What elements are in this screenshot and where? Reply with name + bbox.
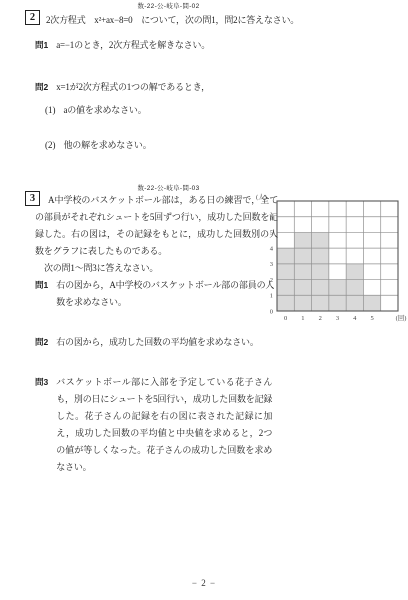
problem3-statement-text: A中学校のバスケットボール部は，ある日の練習で，全ての部員がそれぞれシュートを5… bbox=[35, 192, 278, 260]
problem3-statement-lead: 次の問1〜問3に答えなさい。 bbox=[35, 260, 278, 277]
question-label: 問2 bbox=[35, 79, 48, 96]
question-label: 問3 bbox=[35, 374, 48, 391]
problem2-question1: 問1 a=−1のとき，2次方程式を解きなさい。 bbox=[35, 37, 296, 54]
y-tick-label: 6 bbox=[270, 214, 274, 221]
problem3-question2: 問2 右の図から，成功した回数の平均値を求めなさい。 bbox=[35, 334, 306, 351]
y-axis-unit-label: (人) bbox=[256, 192, 267, 201]
x-tick-label: 5 bbox=[370, 315, 373, 322]
problem2-statement: 2次方程式 x²+ax−8=0 について，次の問1，問2に答えなさい。 bbox=[46, 13, 299, 26]
question-label: 問1 bbox=[35, 277, 48, 294]
x-tick-label: 0 bbox=[284, 315, 287, 322]
sub-question-text: aの値を求めなさい。 bbox=[64, 102, 294, 119]
question-text: 右の図から，成功した回数の平均値を求めなさい。 bbox=[56, 334, 306, 351]
y-tick-label: 2 bbox=[270, 277, 273, 284]
bar bbox=[294, 232, 311, 311]
x-axis-unit-label: (回) bbox=[396, 313, 407, 322]
question-label: 問2 bbox=[35, 334, 48, 351]
problem2-number-box: 2 bbox=[25, 10, 40, 25]
histogram-svg: (人)0123456012345(回) bbox=[254, 190, 408, 324]
y-tick-label: 3 bbox=[270, 261, 273, 268]
y-tick-label: 4 bbox=[270, 245, 274, 252]
problem2-question2: 問2 x=1が2次方程式の1つの解であるとき， bbox=[35, 79, 306, 96]
histogram-chart: (人)0123456012345(回) bbox=[254, 190, 408, 324]
sub-question-label: (2) bbox=[45, 137, 56, 154]
x-tick-label: 1 bbox=[301, 315, 304, 322]
page-number: − 2 − bbox=[0, 578, 408, 588]
sub-question-text: 他の解を求めなさい。 bbox=[64, 137, 294, 154]
bar bbox=[312, 232, 329, 311]
problem2-question2-sub1: (1) aの値を求めなさい。 bbox=[45, 102, 294, 119]
exam-page: 数-22-公-岐阜-問-02 2 2次方程式 x²+ax−8=0 について，次の… bbox=[0, 0, 408, 600]
x-tick-label: 2 bbox=[319, 315, 322, 322]
y-tick-label: 5 bbox=[270, 230, 273, 237]
problem2-question2-sub2: (2) 他の解を求めなさい。 bbox=[45, 137, 294, 154]
question-text: a=−1のとき，2次方程式を解きなさい。 bbox=[56, 37, 296, 54]
question-text: x=1が2次方程式の1つの解であるとき， bbox=[56, 79, 306, 96]
question-text: バスケットボール部に入部を予定している花子さんも，別の日にシュートを5回行い，成… bbox=[56, 374, 272, 476]
x-tick-label: 3 bbox=[336, 315, 339, 322]
problem3-statement: A中学校のバスケットボール部は，ある日の練習で，全ての部員がそれぞれシュートを5… bbox=[35, 192, 278, 277]
x-tick-label: 4 bbox=[353, 315, 357, 322]
problem3-question1: 問1 右の図から，A中学校のバスケットボール部の部員の人数を求めなさい。 bbox=[35, 277, 274, 311]
bar bbox=[363, 295, 380, 311]
sub-question-label: (1) bbox=[45, 102, 56, 119]
bar bbox=[346, 264, 363, 311]
y-tick-label: 0 bbox=[270, 308, 273, 315]
y-tick-label: 1 bbox=[270, 293, 273, 300]
problem3-question3: 問3 バスケットボール部に入部を予定している花子さんも，別の日にシュートを5回行… bbox=[35, 374, 272, 476]
question-text: 右の図から，A中学校のバスケットボール部の部員の人数を求めなさい。 bbox=[56, 277, 274, 311]
question-label: 問1 bbox=[35, 37, 48, 54]
doc-code-problem2: 数-22-公-岐阜-問-02 bbox=[25, 1, 312, 10]
